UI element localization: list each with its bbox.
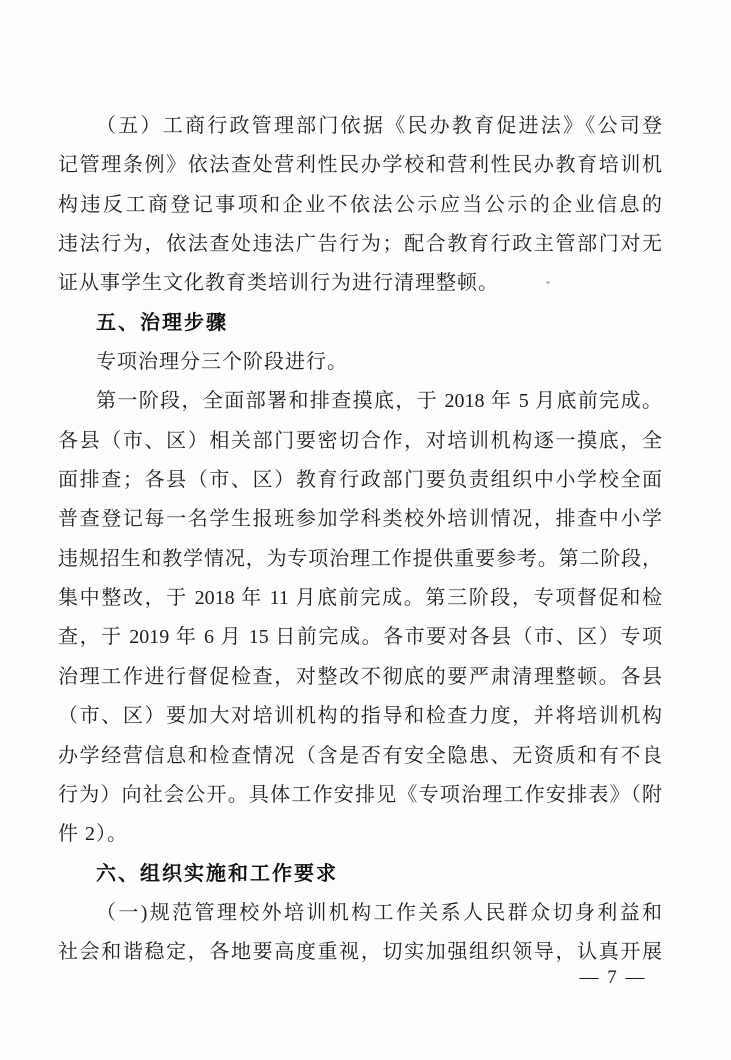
section-heading: 六、组织实施和工作要求 bbox=[58, 855, 662, 894]
text-line: （市、区）要加大对培训机构的指导和检查力度，并将培训机构 bbox=[58, 697, 662, 736]
document-body: （五）工商行政管理部门依据《民办教育促进法》《公司登记管理条例》依法查处营利性民… bbox=[58, 107, 662, 973]
text-line: 记管理条例》依法查处营利性民办学校和营利性民办教育培训机 bbox=[58, 146, 662, 185]
text-line: 违规招生和教学情况，为专项治理工作提供重要参考。第二阶段， bbox=[58, 540, 662, 579]
text-line: 面排查；各县（市、区）教育行政部门要负责组织中小学校全面 bbox=[58, 461, 662, 500]
text-line: 专项治理分三个阶段进行。 bbox=[58, 343, 662, 382]
scan-speck bbox=[546, 281, 550, 284]
text-line: 集中整改，于 2018 年 11 月底前完成。第三阶段，专项督促和检 bbox=[58, 579, 662, 618]
text-line: （一)规范管理校外培训机构工作关系人民群众切身利益和 bbox=[58, 894, 662, 933]
text-line: 各县（市、区）相关部门要密切合作，对培训机构逐一摸底，全 bbox=[58, 422, 662, 461]
text-line: 第一阶段，全面部署和排查摸底，于 2018 年 5 月底前完成。 bbox=[58, 382, 662, 421]
text-line: 件 2）。 bbox=[58, 815, 662, 854]
text-line: （五）工商行政管理部门依据《民办教育促进法》《公司登 bbox=[58, 107, 662, 146]
page-number: — 7 — bbox=[560, 965, 666, 991]
text-line: 治理工作进行督促检查，对整改不彻底的要严肃清理整顿。各县 bbox=[58, 658, 662, 697]
text-line: 行为）向社会公开。具体工作安排见《专项治理工作安排表》（附 bbox=[58, 776, 662, 815]
text-line: 办学经营信息和检查情况（含是否有安全隐患、无资质和有不良 bbox=[58, 737, 662, 776]
text-line: 构违反工商登记事项和企业不依法公示应当公示的企业信息的 bbox=[58, 186, 662, 225]
scanned-document-page: （五）工商行政管理部门依据《民办教育促进法》《公司登记管理条例》依法查处营利性民… bbox=[0, 0, 731, 1060]
section-heading: 五、治理步骤 bbox=[58, 304, 662, 343]
text-line: 普查登记每一名学生报班参加学科类校外培训情况，排查中小学 bbox=[58, 500, 662, 539]
text-line: 查，于 2019 年 6 月 15 日前完成。各市要对各县（市、区）专项 bbox=[58, 618, 662, 657]
text-line: 违法行为，依法查处违法广告行为；配合教育行政主管部门对无 bbox=[58, 225, 662, 264]
text-line: 证从事学生文化教育类培训行为进行清理整顿。 bbox=[58, 264, 662, 303]
